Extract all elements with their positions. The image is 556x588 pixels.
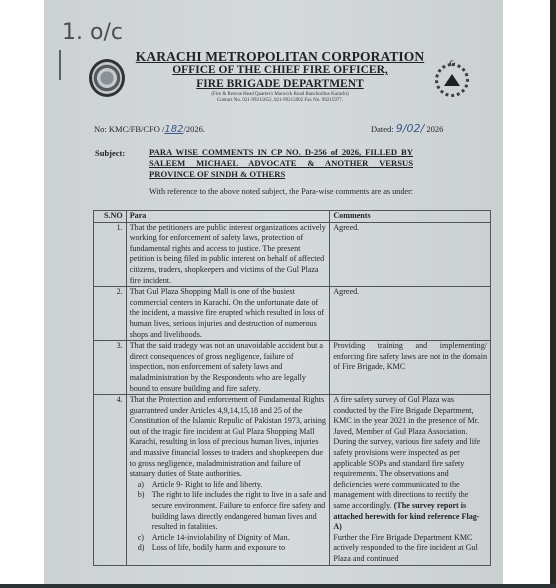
kmc-seal-icon xyxy=(89,59,125,97)
reference-handwritten-number: 182 xyxy=(164,124,183,135)
sub-item-text: The right to life includes the right to … xyxy=(152,490,327,532)
office-name: OFFICE OF THE CHIEF FIRE OFFICER, xyxy=(132,64,428,76)
dated-handwritten: 9/02/ xyxy=(396,122,424,135)
viewer-bottom-bar xyxy=(0,584,556,588)
date-line: Dated: 9/02/ 2026 xyxy=(371,122,443,135)
table-row: 3. That the said tradegy was not an unav… xyxy=(94,341,491,395)
row-comment: Agreed. xyxy=(330,222,491,287)
handwritten-margin-note: 1. o/c xyxy=(62,20,123,45)
row-para: That the petitioners are public interest… xyxy=(126,222,330,287)
sub-item-text: Loss of life, bodily harm and exposure t… xyxy=(152,543,286,554)
row-para: That the Protection and enforcement of F… xyxy=(126,395,330,566)
comment-text: A fire safety survey of Gul Plaza was co… xyxy=(333,395,480,510)
sub-item: d)Loss of life, bodily harm and exposure… xyxy=(130,543,327,554)
sub-item: a)Article 9- Right to life and liberty. xyxy=(130,480,327,491)
header-sno: S.NO xyxy=(94,211,127,223)
org-name: KARACHI METROPOLITAN CORPORATION xyxy=(132,49,428,65)
sub-item-label: b) xyxy=(130,490,152,532)
reference-prefix: No: KMC/FB/CFO / xyxy=(94,124,164,134)
sub-item-text: Article 9- Right to life and liberty. xyxy=(152,480,263,491)
header-para: Para xyxy=(126,211,330,223)
intro-text: With reference to the above noted subjec… xyxy=(149,187,413,196)
table-header-row: S.NO Para Comments xyxy=(94,211,491,223)
row-comment: Agreed. xyxy=(330,287,491,341)
fire-helmet-icon xyxy=(444,74,460,86)
sub-item: c)Article 14-inviolability of Dignity of… xyxy=(130,533,327,544)
department-name: FIRE BRIGADE DEPARTMENT xyxy=(132,78,428,90)
row-comment: A fire safety survey of Gul Plaza was co… xyxy=(330,395,491,566)
subject-label: Subject: xyxy=(95,148,125,158)
table-row: 2. That Gul Plaza Shopping Mall is one o… xyxy=(94,287,491,341)
row-para: That the said tradegy was not an unavoid… xyxy=(126,341,330,395)
row-sno: 1. xyxy=(94,222,127,287)
dated-label: Dated: xyxy=(371,124,394,134)
handwritten-margin-line xyxy=(59,50,61,80)
sub-item-label: d) xyxy=(130,543,152,554)
address-line: (Fire & Rescue Head Quarter's Marwick Ro… xyxy=(132,92,428,97)
comment-text-continued: Further the Fire Brigade Department KMC … xyxy=(333,533,478,563)
fire-brigade-emblem-icon: ☪ xyxy=(433,58,471,98)
sub-item-label: c) xyxy=(130,533,152,544)
sub-item: b)The right to life includes the right t… xyxy=(130,490,327,532)
reference-suffix: /2026. xyxy=(183,124,205,134)
row-comment: Providing training and implementing/ enf… xyxy=(330,341,491,395)
sub-item-label: a) xyxy=(130,480,152,491)
table-row: 1. That the petitioners are public inter… xyxy=(94,222,491,287)
viewer-edge xyxy=(550,0,556,588)
para-wise-table: S.NO Para Comments 1. That the petitione… xyxy=(93,210,491,566)
row-para: That Gul Plaza Shopping Mall is one of t… xyxy=(126,287,330,341)
sub-item-text: Article 14-inviolability of Dignity of M… xyxy=(152,533,290,544)
row-sno: 2. xyxy=(94,287,127,341)
row-sno: 3. xyxy=(94,341,127,395)
subject-text: PARA WISE COMMENTS IN CP NO. D-256 of 20… xyxy=(149,147,413,180)
contact-line: Contact No. 021-99215652, 021-99215002 F… xyxy=(132,98,428,103)
table-row: 4. That the Protection and enforcement o… xyxy=(94,395,491,566)
reference-number: No: KMC/FB/CFO /182/2026. xyxy=(94,124,205,135)
row-sno: 4. xyxy=(94,395,127,566)
row-para-text: That the Protection and enforcement of F… xyxy=(130,395,327,480)
header-comments: Comments xyxy=(330,211,491,223)
dated-year: 2026 xyxy=(426,124,443,134)
